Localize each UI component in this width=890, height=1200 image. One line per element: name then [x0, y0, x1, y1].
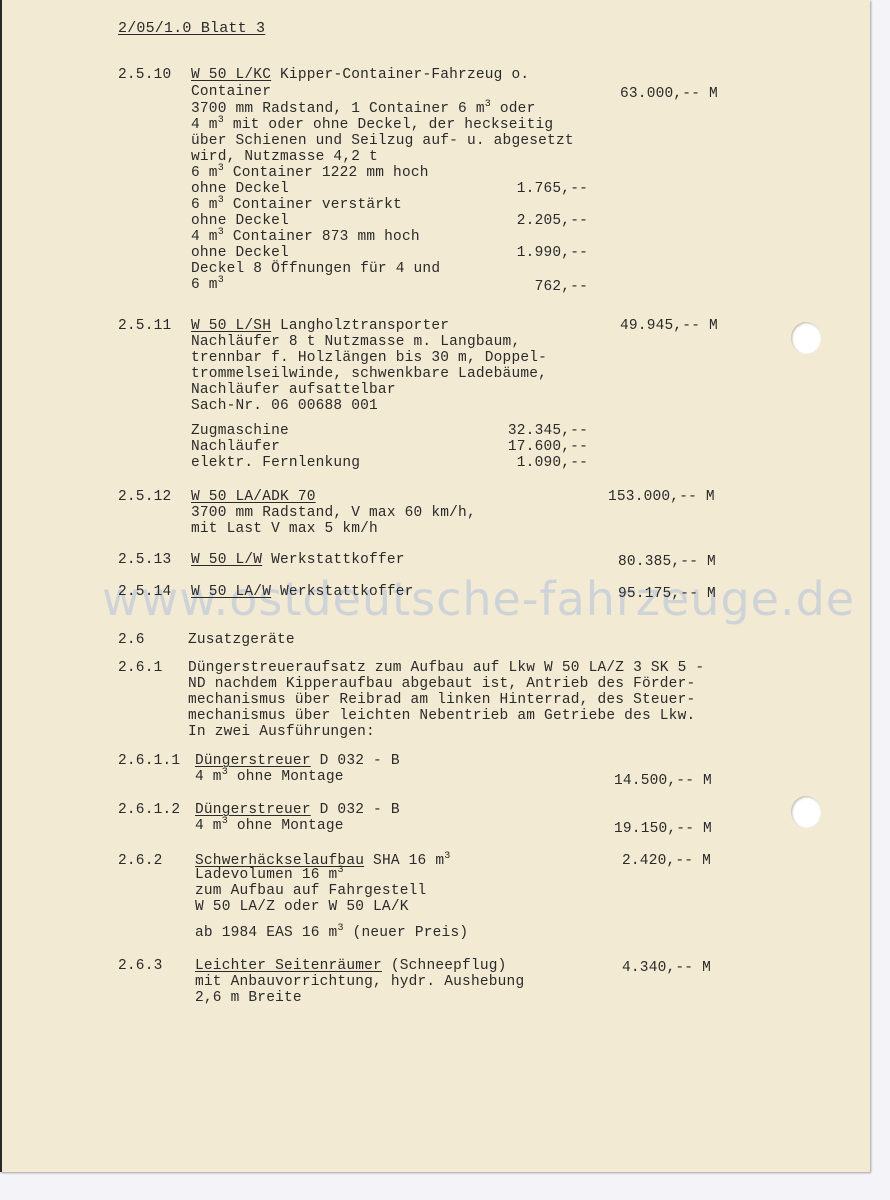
desc-text: 3700 mm Radstand, 1 Container 6 m [191, 101, 485, 117]
superscript: 3 [222, 816, 228, 827]
option-label: ohne Deckel [191, 213, 289, 229]
desc-line: Ladevolumen 16 m3 [195, 867, 344, 883]
section-title: Zusatzgeräte [188, 632, 295, 648]
model-code: W 50 L/KC [191, 67, 271, 83]
item-price: 19.150,-- M [614, 821, 712, 837]
price-value: 2.420,-- [622, 853, 693, 869]
desc-line: Nachläufer aufsattelbar [191, 382, 396, 398]
price-value: 4.340,-- [622, 960, 693, 976]
part-label: elektr. Fernlenkung [191, 455, 360, 471]
desc-line: 4 m3 ohne Montage [195, 818, 344, 834]
item-price: 14.500,-- M [614, 773, 712, 789]
desc-text: oder [500, 101, 536, 117]
desc-text: 4 m [191, 117, 218, 133]
item-number: 2.6.2 [118, 853, 163, 869]
option-label: 6 m3 [191, 277, 224, 293]
option-label: 6 m3 Container verstärkt [191, 197, 402, 213]
part-price: 1.090,-- [472, 455, 588, 471]
price-note: ab 1984 EAS 16 m3 (neuer Preis) [195, 925, 468, 941]
price-value: 19.150,-- [614, 821, 694, 837]
option-text: 6 m [191, 277, 218, 293]
item-number: 2.5.10 [118, 67, 171, 83]
model-code: W 50 L/W [191, 552, 262, 568]
item-name-rest: SHA 16 m [373, 853, 444, 869]
desc-line: 3700 mm Radstand, V max 60 km/h, [191, 505, 476, 521]
item-title-line: W 50 L/SH Langholztransporter [191, 318, 449, 334]
punch-hole-bottom [791, 796, 821, 828]
currency: M [709, 318, 718, 334]
note-text: ab 1984 EAS 16 m [195, 925, 337, 941]
model-code: W 50 LA/ADK 70 [191, 489, 316, 505]
currency: M [702, 853, 711, 869]
price-value: 14.500,-- [614, 773, 694, 789]
desc-text: 4 m [195, 818, 222, 834]
price-value: 49.945,-- [620, 318, 700, 334]
desc-line: 2,6 m Breite [195, 990, 302, 1006]
currency: M [707, 586, 716, 602]
option-text: Container 873 mm hoch [233, 229, 420, 245]
part-price: 32.345,-- [472, 423, 588, 439]
price-value: 63.000,-- [620, 86, 700, 102]
desc-line: trommelseilwinde, schwenkbare Ladebäume, [191, 366, 547, 382]
currency: M [703, 821, 712, 837]
price-value: 95.175,-- [618, 586, 698, 602]
item-title: Langholztransporter [280, 318, 449, 334]
desc-line: zum Aufbau auf Fahrgestell [195, 883, 426, 899]
desc-line: Nachläufer 8 t Nutzmasse m. Langbaum, [191, 334, 520, 350]
desc-text: ohne Montage [237, 818, 344, 834]
item-price: 95.175,-- M [618, 586, 716, 602]
item-name: Düngerstreuer [195, 802, 311, 818]
item-title-line: W 50 L/W Werkstattkoffer [191, 552, 405, 568]
desc-text: 4 m [195, 769, 222, 785]
desc-line: über Schienen und Seilzug auf- u. abgese… [191, 133, 574, 149]
document-page: www.ostdeutsche-fahrzeuge.de 2/05/1.0 Bl… [0, 0, 870, 1172]
item-price: 80.385,-- M [618, 554, 716, 570]
superscript: 3 [337, 923, 343, 934]
desc-text: ohne Montage [237, 769, 344, 785]
desc-line: ND nachdem Kipperaufbau abgebaut ist, An… [188, 676, 695, 692]
desc-line: mit Anbauvorrichtung, hydr. Aushebung [195, 974, 524, 990]
option-label: Deckel 8 Öffnungen für 4 und [191, 261, 440, 277]
item-title: Werkstattkoffer [280, 584, 414, 600]
option-text: 6 m [191, 165, 218, 181]
currency: M [702, 960, 711, 976]
note-text: (neuer Preis) [353, 925, 469, 941]
desc-line: 4 m3 mit oder ohne Deckel, der heckseiti… [191, 117, 553, 133]
desc-line: mechanismus über leichten Nebentrieb am … [188, 708, 695, 724]
desc-text: mit oder ohne Deckel, der heckseitig [233, 117, 553, 133]
desc-line: Sach-Nr. 06 00688 001 [191, 398, 378, 414]
option-label: 6 m3 Container 1222 mm hoch [191, 165, 429, 181]
desc-line: mit Last V max 5 km/h [191, 521, 378, 537]
option-price: 2.205,-- [482, 213, 588, 229]
desc-text: Ladevolumen 16 m [195, 867, 337, 883]
item-price: 63.000,-- M [620, 86, 718, 102]
desc-line: mechanismus über Reibrad am linken Hinte… [188, 692, 695, 708]
currency: M [707, 554, 716, 570]
model-code: W 50 LA/W [191, 584, 271, 600]
item-title: Kipper-Container-Fahrzeug o. [280, 67, 529, 83]
option-label: ohne Deckel [191, 245, 289, 261]
item-type: D 032 - B [320, 802, 400, 818]
superscript: 3 [337, 865, 343, 876]
item-number: 2.6.1 [118, 660, 163, 676]
model-code: W 50 L/SH [191, 318, 271, 334]
desc-line: W 50 LA/Z oder W 50 LA/K [195, 899, 409, 915]
option-text: Container 1222 mm hoch [233, 165, 429, 181]
item-title: Werkstattkoffer [271, 552, 405, 568]
option-text: Container verstärkt [233, 197, 402, 213]
desc-line: 4 m3 ohne Montage [195, 769, 344, 785]
superscript: 3 [444, 851, 450, 862]
superscript: 3 [218, 195, 224, 206]
superscript: 3 [218, 227, 224, 238]
currency: M [703, 773, 712, 789]
option-text: 6 m [191, 197, 218, 213]
option-text: 4 m [191, 229, 218, 245]
item-price: 2.420,-- M [622, 853, 711, 869]
punch-hole-top [791, 322, 821, 354]
superscript: 3 [485, 99, 491, 110]
desc-line: Düngerstreueraufsatz zum Aufbau auf Lkw … [188, 660, 704, 676]
option-price: 762,-- [482, 279, 588, 295]
superscript: 3 [218, 275, 224, 286]
item-price: 4.340,-- M [622, 960, 711, 976]
item-number: 2.5.11 [118, 318, 171, 334]
item-number: 2.5.12 [118, 489, 171, 505]
item-number: 2.5.13 [118, 552, 171, 568]
item-name-rest: (Schneepflug) [391, 958, 507, 974]
item-name: Leichter Seitenräumer [195, 958, 382, 974]
part-price: 17.600,-- [472, 439, 588, 455]
item-name: Düngerstreuer [195, 753, 311, 769]
item-number: 2.6.1.1 [118, 753, 180, 769]
item-price: 153.000,-- M [608, 489, 715, 505]
currency: M [706, 489, 715, 505]
price-value: 153.000,-- [608, 489, 697, 505]
superscript: 3 [218, 115, 224, 126]
price-value: 80.385,-- [618, 554, 698, 570]
option-label: 4 m3 Container 873 mm hoch [191, 229, 420, 245]
item-title-line: Leichter Seitenräumer (Schneepflug) [195, 958, 507, 974]
superscript: 3 [222, 767, 228, 778]
item-number: 2.6.1.2 [118, 802, 180, 818]
doc-reference: 2/05/1.0 Blatt 3 [118, 21, 265, 37]
part-label: Zugmaschine [191, 423, 289, 439]
desc-line: In zwei Ausführungen: [188, 724, 375, 740]
item-number: 2.5.14 [118, 584, 171, 600]
currency: M [709, 86, 718, 102]
option-price: 1.990,-- [482, 245, 588, 261]
option-price: 1.765,-- [482, 181, 588, 197]
section-number: 2.6 [118, 632, 145, 648]
item-title-line: W 50 L/KC Kipper-Container-Fahrzeug o. [191, 67, 529, 83]
option-label: ohne Deckel [191, 181, 289, 197]
item-title-line: W 50 LA/W Werkstattkoffer [191, 584, 414, 600]
superscript: 3 [218, 163, 224, 174]
item-title-cont: Container [191, 84, 271, 100]
part-label: Nachläufer [191, 439, 280, 455]
item-price: 49.945,-- M [620, 318, 718, 334]
item-type: D 032 - B [320, 753, 400, 769]
item-number: 2.6.3 [118, 958, 163, 974]
desc-line: 3700 mm Radstand, 1 Container 6 m3 oder [191, 101, 535, 117]
desc-line: trennbar f. Holzlängen bis 30 m, Doppel- [191, 350, 547, 366]
